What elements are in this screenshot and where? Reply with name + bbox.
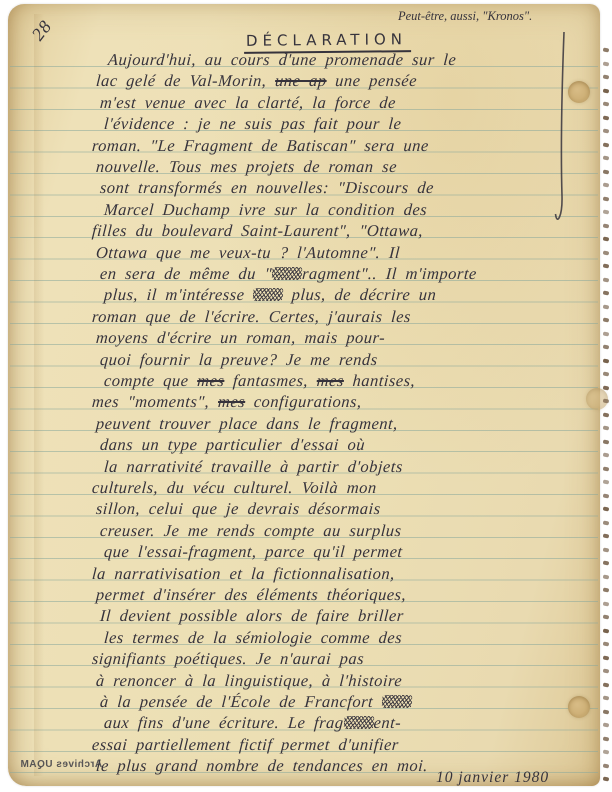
manuscript-line: mes "moments", mes configurations, [91, 391, 362, 412]
perforation-tick [603, 561, 610, 566]
manuscript-line: Ottawa que me veux-tu ? l'Automne". Il [95, 242, 401, 263]
manuscript-line: les termes de la sémiologie comme des [103, 627, 403, 648]
perforation-tick [603, 574, 610, 579]
manuscript-line: m'est venue avec la clarté, la force de [99, 92, 396, 113]
handwriting-text: creuser. Je me rends compte au surplus [99, 521, 402, 540]
handwriting-text: une ap [275, 71, 328, 90]
perforation-tick [603, 426, 610, 431]
perforation-tick [603, 520, 610, 525]
perforation-tick [603, 439, 610, 444]
handwriting-text: quoi fournir la preuve? Je me rends [99, 350, 378, 369]
manuscript-line: roman que de l'écrire. Certes, j'aurais … [91, 306, 411, 327]
perforation-tick [603, 48, 610, 53]
perforation-tick [603, 169, 610, 174]
handwriting-text: le plus grand nombre de tendances en moi… [95, 756, 428, 775]
perforation-tick [603, 88, 610, 93]
handwriting-text: la narrativité travaille à partir d'obje… [103, 457, 403, 476]
scribble-mark [272, 267, 303, 280]
handwriting-text: filles du boulevard Saint-Laurent", "Ott… [91, 221, 423, 240]
handwriting-text: compte que [103, 371, 198, 390]
perforation-tick [603, 750, 610, 755]
handwriting-text: fantasmes, [224, 371, 318, 390]
manuscript-line: sont transformés en nouvelles: "Discours… [99, 177, 434, 198]
perforation-tick [603, 682, 610, 687]
perforation-tick [603, 372, 610, 377]
handwriting-text: m'est venue avec la clarté, la force de [99, 93, 396, 112]
perforation-tick [603, 61, 610, 66]
manuscript-line: lac gelé de Val-Morin, une ap une pensée [95, 70, 418, 91]
manuscript-line: moyens d'écrire un roman, mais pour- [95, 327, 386, 348]
handwriting-text: mes "moments", [91, 392, 218, 411]
perforation-tick [603, 399, 610, 404]
perforation-tick [603, 466, 610, 471]
perforation-tick [603, 156, 610, 161]
handwriting-text: à la pensée de l'École de Francfort [99, 692, 382, 711]
perforation-tick [603, 385, 610, 390]
perforation-tick [603, 183, 610, 188]
manuscript-line: roman. "Le Fragment de Batiscan" sera un… [91, 135, 429, 156]
manuscript-line: que l'essai-fragment, parce qu'il permet [103, 541, 403, 562]
perforation-tick [603, 412, 610, 417]
perforation-tick [603, 210, 610, 215]
perforation-tick [603, 75, 610, 80]
date: 10 janvier 1980 [436, 769, 549, 787]
perforation-tick [603, 534, 610, 539]
handwriting-text: nouvelle. Tous mes projets de roman se [95, 157, 397, 176]
manuscript-line: Il devient possible alors de faire brill… [99, 605, 404, 626]
perforation-tick [603, 601, 610, 606]
perforation-tick [603, 223, 610, 228]
perforation-tick [603, 547, 610, 552]
perforation-tick [603, 763, 610, 768]
manuscript-line: peuvent trouver place dans le fragment, [95, 413, 398, 434]
scanned-page: 28 Peut-être, aussi, "Kronos". DÉCLARATI… [0, 0, 612, 792]
manuscript-line: permet d'insérer des éléments théoriques… [95, 584, 407, 605]
perforation-tick [603, 615, 610, 620]
handwriting-text: hantises, [343, 371, 416, 390]
perforation-tick [603, 264, 610, 269]
top-right-annotation: Peut-être, aussi, "Kronos". [398, 9, 610, 24]
perforation-tick [603, 115, 610, 120]
handwriting-text: les termes de la sémiologie comme des [103, 628, 403, 647]
perforation-tick [603, 291, 610, 296]
perforation-tick [603, 696, 610, 701]
perforation-tick [603, 588, 610, 593]
punch-hole [568, 696, 590, 718]
perforation-tick [603, 642, 610, 647]
handwriting-text: ent- [373, 713, 402, 732]
perforation-tick [603, 250, 610, 255]
handwriting-text: mes [197, 371, 226, 390]
handwriting-text: une pensée [326, 71, 418, 90]
manuscript-line: en sera de même du "ragment".. Il m'impo… [99, 263, 477, 284]
handwriting-text: à renoncer à la linguistique, à l'histoi… [95, 671, 403, 690]
manuscript-line: essai partiellement fictif permet d'unif… [91, 734, 399, 755]
manuscript-line: plus, il m'intéresse plus, de décrire un [103, 284, 437, 305]
handwriting-text: en sera de même du " [99, 264, 272, 283]
perforation-tick [603, 507, 610, 512]
manuscript-line: le plus grand nombre de tendances en moi… [95, 755, 428, 776]
page-number: 28 [28, 16, 57, 45]
perforation-tick [603, 277, 610, 282]
notebook-paper: 28 Peut-être, aussi, "Kronos". DÉCLARATI… [8, 4, 600, 786]
perforation-tick [603, 453, 610, 458]
handwriting-text: Il devient possible alors de faire brill… [99, 606, 404, 625]
perforation-tick [603, 736, 610, 741]
handwriting-text: sillon, celui que je devrais désormais [95, 499, 381, 518]
perforation-tick [603, 196, 610, 201]
perforation-tick [603, 493, 610, 498]
handwriting-text: plus, il m'intéresse [103, 285, 254, 304]
handwriting-text: plus, de décrire un [283, 285, 438, 304]
handwriting-text: mes [316, 371, 345, 390]
handwriting-text: configurations, [245, 392, 363, 411]
manuscript-line: à renoncer à la linguistique, à l'histoi… [95, 670, 403, 691]
manuscript-line: compte que mes fantasmes, mes hantises, [103, 370, 416, 391]
handwriting-text: sont transformés en nouvelles: "Discours… [99, 178, 434, 197]
handwriting-text: culturels, du vécu culturel. Voilà mon [91, 478, 377, 497]
manuscript-line: creuser. Je me rends compte au surplus [99, 520, 402, 541]
perforation-tick [603, 669, 610, 674]
manuscript-line: Marcel Duchamp ivre sur la condition des [103, 199, 428, 220]
handwriting-text: roman que de l'écrire. Certes, j'aurais … [91, 307, 411, 326]
margin-line [554, 30, 570, 232]
manuscript-line: sillon, celui que je devrais désormais [95, 498, 381, 519]
perforation-tick [603, 358, 610, 363]
handwriting-text: Ottawa que me veux-tu ? l'Automne". Il [95, 243, 400, 262]
manuscript-line: nouvelle. Tous mes projets de roman se [95, 156, 397, 177]
manuscript-line: filles du boulevard Saint-Laurent", "Ott… [91, 220, 424, 241]
archives-stamp: Archives UQAM [20, 759, 102, 770]
manuscript-line: quoi fournir la preuve? Je me rends [99, 349, 378, 370]
handwriting-text: peuvent trouver place dans le fragment, [95, 414, 398, 433]
perforation-tick [603, 304, 610, 309]
perforation-tick [603, 709, 610, 714]
manuscript-line: l'évidence : je ne suis pas fait pour le [103, 113, 402, 134]
manuscript-line: signifiants poétiques. Je n'aurai pas [91, 648, 365, 669]
perforation-tick [603, 142, 610, 147]
handwriting-text: permet d'insérer des éléments théoriques… [95, 585, 407, 604]
handwriting-text: Aujourd'hui, au cours d'une promenade su… [107, 50, 457, 69]
manuscript-line: culturels, du vécu culturel. Voilà mon [91, 477, 377, 498]
perforation-tick [603, 628, 610, 633]
perforation-tick [603, 655, 610, 660]
handwriting-text: essai partiellement fictif permet d'unif… [91, 735, 399, 754]
perforation-tick [603, 777, 610, 782]
handwriting-text: l'évidence : je ne suis pas fait pour le [103, 114, 402, 133]
manuscript-line: la narrativité travaille à partir d'obje… [103, 456, 403, 477]
handwriting-text: mes [217, 392, 246, 411]
perforation-tick [603, 480, 610, 485]
handwriting-text: aux fins d'une écriture. Le frag [103, 713, 344, 732]
handwriting-text: ragment".. Il m'importe [301, 264, 477, 283]
handwriting-text: dans un type particulier d'essai où [99, 435, 365, 454]
handwriting-text: roman. "Le Fragment de Batiscan" sera un… [91, 136, 429, 155]
handwriting-text: que l'essai-fragment, parce qu'il permet [103, 542, 403, 561]
handwriting-text: moyens d'écrire un roman, mais pour- [95, 328, 386, 347]
perforation-tick [603, 237, 610, 242]
handwriting-text: signifiants poétiques. Je n'aurai pas [91, 649, 365, 668]
manuscript-line: aux fins d'une écriture. Le fragent- [103, 712, 402, 733]
binding-crease [34, 14, 44, 776]
manuscript-line: à la pensée de l'École de Francfort [99, 691, 412, 712]
scribble-mark [343, 716, 374, 729]
perforation-tick [603, 345, 610, 350]
punch-hole [568, 81, 590, 103]
scribble-mark [381, 695, 412, 708]
handwriting-text: lac gelé de Val-Morin, [95, 71, 276, 90]
perforation-tick [603, 723, 610, 728]
handwriting-text: Marcel Duchamp ivre sur la condition des [103, 200, 428, 219]
handwriting-text: la narrativisation et la fictionnalisati… [91, 564, 395, 583]
perforation-tick [603, 102, 610, 107]
manuscript-line: dans un type particulier d'essai où [99, 434, 366, 455]
manuscript-line: Aujourd'hui, au cours d'une promenade su… [107, 49, 457, 70]
manuscript-line: la narrativisation et la fictionnalisati… [91, 563, 395, 584]
perforation-tick [603, 129, 610, 134]
perforation-tick [603, 318, 610, 323]
scribble-mark [253, 288, 284, 301]
perforation-tick [603, 331, 610, 336]
